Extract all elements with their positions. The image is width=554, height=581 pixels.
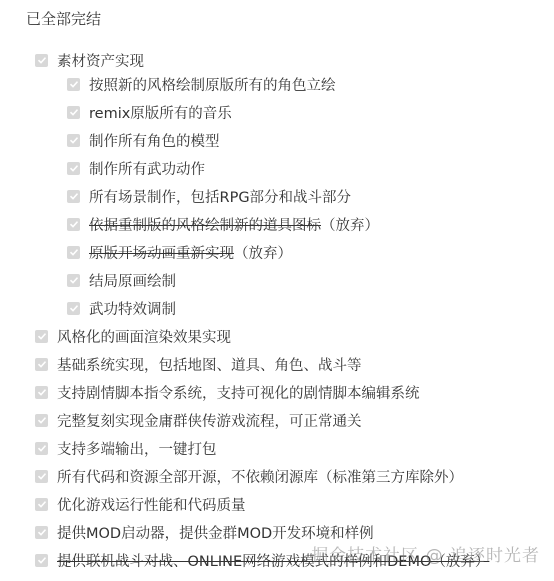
task-item: 所有场景制作，包括RPG部分和战斗部分 [67, 185, 351, 207]
task-label: remix原版所有的音乐 [89, 102, 232, 123]
checkbox-checked[interactable] [35, 498, 48, 511]
task-item: 提供MOD启动器，提供金群MOD开发环境和样例 [35, 521, 374, 543]
checkbox-checked[interactable] [35, 386, 48, 399]
checkbox-checked[interactable] [67, 190, 80, 203]
checkbox-checked[interactable] [35, 554, 48, 567]
checkbox-checked[interactable] [67, 246, 80, 259]
task-label: 所有场景制作，包括RPG部分和战斗部分 [89, 186, 351, 207]
task-label: 基础系统实现，包括地图、道具、角色、战斗等 [57, 354, 362, 375]
task-item: remix原版所有的音乐 [67, 101, 232, 123]
checkmark-icon [37, 443, 47, 453]
task-label: 结局原画绘制 [89, 270, 176, 291]
checkbox-checked[interactable] [35, 470, 48, 483]
task-item: 结局原画绘制 [67, 269, 176, 291]
task-label: 武功特效调制 [89, 298, 176, 319]
checkmark-icon [69, 275, 79, 285]
task-label: 原版开场动画重新实现 [89, 242, 234, 263]
checkmark-icon [37, 359, 47, 369]
checkbox-checked[interactable] [67, 302, 80, 315]
task-item: 基础系统实现，包括地图、道具、角色、战斗等 [35, 353, 362, 375]
checkmark-icon [69, 107, 79, 117]
task-item: 所有代码和资源全部开源，不依赖闭源库（标准第三方库除外） [35, 465, 463, 487]
task-suffix: （放弃） [321, 214, 379, 235]
checkbox-checked[interactable] [35, 526, 48, 539]
task-suffix: （放弃） [234, 242, 292, 263]
task-item: 优化游戏运行性能和代码质量 [35, 493, 246, 515]
task-item: 支持剧情脚本指令系统，支持可视化的剧情脚本编辑系统 [35, 381, 420, 403]
checkmark-icon [37, 527, 47, 537]
checkmark-icon [37, 555, 47, 565]
checkmark-icon [37, 499, 47, 509]
task-item: 制作所有角色的模型 [67, 129, 220, 151]
checkmark-icon [69, 163, 79, 173]
task-item: 支持多端输出，一键打包 [35, 437, 217, 459]
task-label: 依据重制版的风格绘制新的道具图标 [89, 214, 321, 235]
task-item: 制作所有武功动作 [67, 157, 205, 179]
checkmark-icon [37, 387, 47, 397]
task-item: 武功特效调制 [67, 297, 176, 319]
task-label: 完整复刻实现金庸群侠传游戏流程，可正常通关 [57, 410, 362, 431]
task-item-abandoned: 依据重制版的风格绘制新的道具图标（放弃） [67, 213, 379, 235]
checkmark-icon [69, 219, 79, 229]
checkmark-icon [69, 303, 79, 313]
checkbox-checked[interactable] [67, 134, 80, 147]
task-label: 优化游戏运行性能和代码质量 [57, 494, 246, 515]
watermark: 掘金技术社区 @ 追逐时光者 [311, 541, 540, 566]
checkbox-checked[interactable] [67, 218, 80, 231]
checkbox-checked[interactable] [35, 442, 48, 455]
task-label: 支持剧情脚本指令系统，支持可视化的剧情脚本编辑系统 [57, 382, 420, 403]
checkmark-icon [37, 471, 47, 481]
task-label: 按照新的风格绘制原版所有的角色立绘 [89, 74, 336, 95]
checkmark-icon [37, 415, 47, 425]
checkbox-checked[interactable] [35, 414, 48, 427]
checkbox-checked[interactable] [35, 54, 48, 67]
task-item: 风格化的画面渲染效果实现 [35, 325, 231, 347]
task-item: 按照新的风格绘制原版所有的角色立绘 [67, 73, 336, 95]
task-item: 完整复刻实现金庸群侠传游戏流程，可正常通关 [35, 409, 362, 431]
task-label: 制作所有角色的模型 [89, 130, 220, 151]
checkbox-checked[interactable] [67, 106, 80, 119]
checkbox-checked[interactable] [35, 358, 48, 371]
task-label: 制作所有武功动作 [89, 158, 205, 179]
section-heading: 已全部完结 [26, 9, 101, 29]
checkmark-icon [69, 135, 79, 145]
task-item-abandoned: 原版开场动画重新实现（放弃） [67, 241, 292, 263]
task-label: 所有代码和资源全部开源，不依赖闭源库（标准第三方库除外） [57, 466, 463, 487]
checkmark-icon [69, 79, 79, 89]
checkbox-checked[interactable] [67, 162, 80, 175]
checkbox-checked[interactable] [67, 274, 80, 287]
checkbox-checked[interactable] [35, 330, 48, 343]
task-item: 素材资产实现 [35, 49, 144, 71]
checkmark-icon [37, 55, 47, 65]
task-label: 提供MOD启动器，提供金群MOD开发环境和样例 [57, 522, 374, 543]
task-label: 支持多端输出，一键打包 [57, 438, 217, 459]
checkmark-icon [69, 191, 79, 201]
checkbox-checked[interactable] [67, 78, 80, 91]
task-label: 素材资产实现 [57, 50, 144, 71]
checkmark-icon [69, 247, 79, 257]
checkmark-icon [37, 331, 47, 341]
task-label: 风格化的画面渲染效果实现 [57, 326, 231, 347]
